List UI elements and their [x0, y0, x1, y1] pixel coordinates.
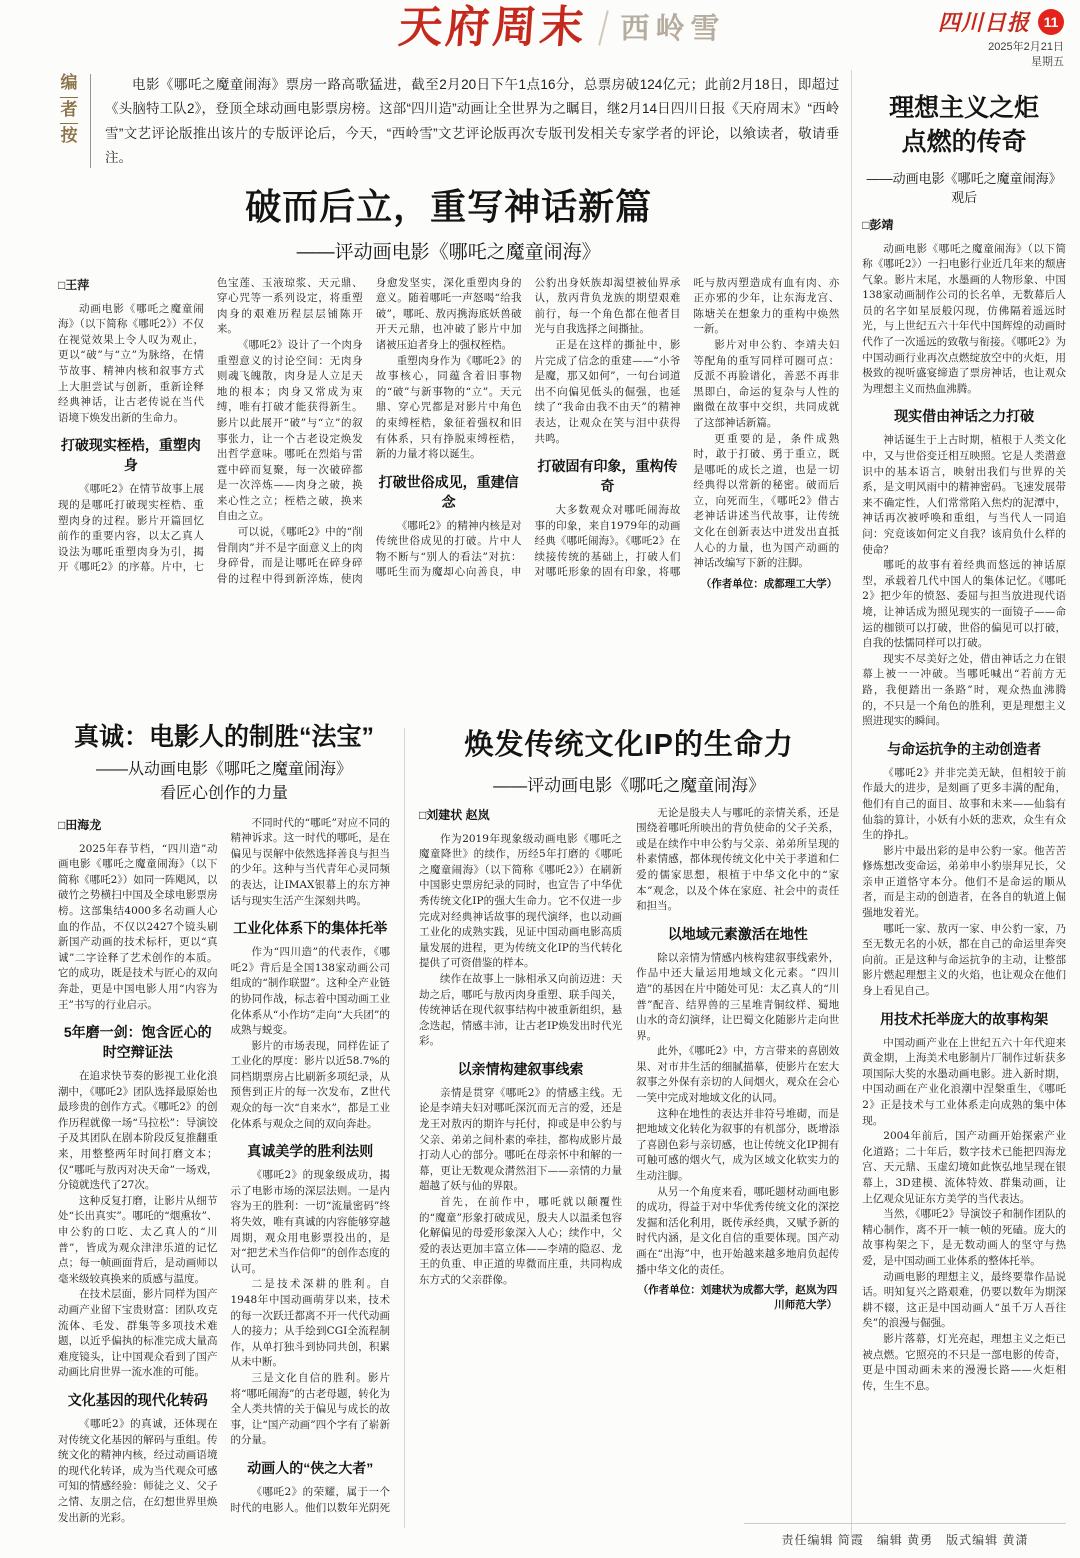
body-paragraph: 动画电影的理想主义，最终要靠作品说话。明知复兴之路艰难，仍要以数年为期深耕不辍，… — [862, 1270, 1066, 1332]
editor-credits: 责任编辑 简霞 编辑 黄勇 版式编辑 黄潇 — [781, 1533, 1028, 1547]
author-unit: （作者单位：刘建状为成都大学，赵岚为四川师范大学） — [636, 1282, 837, 1312]
body-paragraph: 无论是殷夫人与哪吒的亲情关系，还是围绕着哪吒所映出的背负使命的父子关系，或是在续… — [636, 806, 839, 915]
byline: □刘建状 赵岚 — [419, 806, 622, 823]
byline: □彭靖 — [862, 216, 1066, 233]
article-d-title: 焕发传统文化IP的生命力 — [419, 722, 839, 763]
body-paragraph: 二是技术深耕的胜利。自1948年中国动画萌芽以来，技术的每一次跃迁都离不开一代代… — [231, 1277, 391, 1371]
body-paragraph: 中国动画产业在上世纪五六十年代迎来黄金期，上海美术电影制片厂制作过斩获多项国际大… — [862, 1036, 1066, 1130]
body-paragraph: 除以亲情为情感内核构建叙事线索外，作品中还大量运用地域文化元素。“四川造”的基因… — [636, 951, 839, 1045]
body-paragraph: 2004年前后，国产动画开始探索产业化道路；二十年后，数字技术已能把四海龙宫、天… — [862, 1129, 1066, 1207]
editor-note: 编 者 按 电影《哪吒之魔童闹海》票房一路高歌猛进，截至2月20日下午1点16分… — [58, 72, 839, 170]
weekday-text: 星期五 — [938, 55, 1064, 70]
body-paragraph: 动画电影《哪吒之魔童闹海》（以下简称《哪吒2》）一扫电影行业近几年来的颓唐气象。… — [862, 242, 1066, 398]
body-paragraph: 这种反复打磨，让影片从细节处“长出真实”。哪吒的“烟熏妆”、申公豹的口吃、太乙真… — [58, 1194, 218, 1288]
label-char: 编 — [61, 74, 78, 94]
paper-info: 四川日报 11 2025年2月21日 星期五 — [938, 6, 1064, 70]
article-d-subtitle: ——评动画电影《哪吒之魔童闹海》 — [419, 771, 839, 796]
section-subhead: 以地域元素激活在地性 — [636, 924, 839, 944]
author-unit: （作者单位：成都理工大学） — [693, 576, 837, 591]
bottom-row: 真诚：电影人的制胜“法宝” ——从动画电影《哪吒之魔童闹海》 看匠心创作的力量 … — [58, 720, 839, 1532]
body-paragraph: 这种在地性的表达并非符号堆砌，而是把地域文化转化为叙事的有机部分，既增添了喜剧色… — [636, 1107, 839, 1185]
date-text: 2025年2月21日 — [938, 40, 1064, 55]
editor-note-rule — [90, 74, 91, 168]
masthead: 天府周末 西岭雪 — [398, 6, 725, 50]
body-paragraph: 现实不尽美好之处，借由神话之力在银幕上被一一冲破。当哪吒喊出“若前方无路，我便踏… — [862, 652, 1066, 730]
body-paragraph: 影片落幕，灯光亮起，理想主义之炬已被点燃。它照亮的不只是一部电影的传奇，更是中国… — [862, 1332, 1066, 1394]
section-subhead: 以亲情构建叙事线索 — [419, 1059, 622, 1079]
page-number-badge: 11 — [1038, 9, 1064, 35]
left-region: 编 者 按 电影《哪吒之魔童闹海》票房一路高歌猛进，截至2月20日下午1点16分… — [58, 66, 839, 1546]
body-paragraph: 影片对申公豹、李靖夫妇等配角的重写同样可圈可点：反派不再脸谱化，善恶不再非黑即白… — [693, 338, 839, 432]
body-paragraph: 续作在故事上一脉相承又向前迈进：天劫之后，哪吒与敖丙肉身重塑、联手闯关，传统神话… — [419, 972, 622, 1050]
section-subhead: 5年磨一剑：饱含匠心的时空辩证法 — [58, 1022, 218, 1062]
body-paragraph: 《哪吒2》的真诚，还体现在对传统文化基因的解码与重组。传统文化的精神内核，经过动… — [58, 1417, 218, 1526]
body-paragraph: 在追求快节奏的影视工业化浪潮中，《哪吒2》团队选择最原始也最珍贵的创作方式。《哪… — [58, 1069, 218, 1194]
byline: □田海龙 — [58, 816, 218, 833]
body-paragraph: 动画电影《哪吒之魔童闹海》（以下简称《哪吒2》）不仅在视觉效果上令人叹为观止，更… — [58, 302, 204, 427]
article-c-headline: 真诚：电影人的制胜“法宝” ——从动画电影《哪吒之魔童闹海》 看匠心创作的力量 — [58, 722, 390, 806]
body-paragraph: 在技术层面，影片同样为国产动画产业留下宝贵财富：团队攻克流体、毛发、群集等多项技… — [58, 1287, 218, 1381]
page-footer: 责任编辑 简霞 编辑 黄勇 版式编辑 黄潇 — [744, 1523, 1066, 1548]
article-ip-vitality: 焕发传统文化IP的生命力 ——评动画电影《哪吒之魔童闹海》 □刘建状 赵岚作为2… — [419, 720, 839, 1532]
title-line: 理想主义之炬 — [862, 92, 1066, 126]
section-subhead: 工业化体系下的集体托举 — [231, 918, 391, 938]
body-paragraph: 从另一个角度来看，哪吒题材动画电影的成功，得益于对中华优秀传统文化的深挖发掘和活… — [636, 1185, 839, 1279]
article-b-body: □彭靖动画电影《哪吒之魔童闹海》（以下简称《哪吒2》）一扫电影行业近几年来的颓唐… — [862, 216, 1066, 1546]
body-paragraph: 《哪吒2》的现象级成功，揭示了电影市场的深层法则。一是内容为王的胜利：一切“流量… — [231, 1168, 391, 1277]
page-header: 天府周末 西岭雪 四川日报 11 2025年2月21日 星期五 — [58, 0, 1066, 66]
issue-date: 2025年2月21日 星期五 — [938, 40, 1064, 70]
article-main-review: 破而后立，重写神话新篇 ——评动画电影《哪吒之魔童闹海》 □王萍动画电影《哪吒之… — [58, 186, 839, 699]
body-paragraph: 更重要的是，条件成熟时，敢于打破、勇于重立，既是哪吒的成长之道，也是一切经典得以… — [693, 432, 839, 572]
body-paragraph: 正是在这样的撕扯中，影片完成了信念的重建——“小爷是魔，那又如何”，一句台词道出… — [535, 338, 681, 447]
article-a-subtitle: ——评动画电影《哪吒之魔童闹海》 — [58, 237, 839, 264]
body-paragraph: 《哪吒2》设计了一个肉身重塑意义的讨论空间：无肉身则魂飞魄散，肉身是人立足天地的… — [217, 338, 363, 525]
main-vertical-rule — [851, 70, 852, 1536]
section-subhead: 打破现实桎梏，重塑肉身 — [58, 435, 204, 475]
newspaper-page: 天府周末 西岭雪 四川日报 11 2025年2月21日 星期五 编 者 按 — [0, 0, 1080, 1558]
article-a-title: 破而后立，重写神话新篇 — [58, 186, 839, 227]
body-paragraph: 当然，《哪吒2》导演饺子和制作团队的精心制作，离不开一帧一帧的死磕。庞大的故事构… — [862, 1207, 1066, 1269]
column-divider — [404, 728, 405, 1528]
article-c-title: 真诚：电影人的制胜“法宝” — [58, 722, 390, 752]
body-paragraph: 亲情是贯穿《哪吒2》的情感主线。无论是李靖夫妇对哪吒深沉而无言的爱，还是龙王对敖… — [419, 1086, 622, 1195]
section-subhead: 真诚美学的胜利法则 — [231, 1141, 391, 1161]
body-paragraph: 三是文化自信的胜利。影片将“哪吒闹海”的古老母题，转化为全人类共情的关于偏见与成… — [231, 1371, 391, 1449]
body-paragraph: 此外，《哪吒2》中，方言带来的喜剧效果、对市井生活的细腻描摹，使影片在宏大叙事之… — [636, 1044, 839, 1106]
editor-note-label: 编 者 按 — [58, 72, 80, 170]
right-region: 理想主义之炬 点燃的传奇 ——动画电影《哪吒之魔童闹海》观后 □彭靖动画电影《哪… — [862, 66, 1066, 1546]
body-paragraph: 哪吒一家、敖丙一家、申公豹一家，乃至无数无名的小妖，都在自己的命运里奔突向前。正… — [862, 922, 1066, 1000]
label-char: 者 — [61, 101, 78, 121]
body-paragraph: 神话诞生于上古时期，植根于人类文化中，又与世俗变迁相互映照。它是人类潜意识中的基… — [862, 433, 1066, 558]
article-d-body: □刘建状 赵岚作为2019年现象级动画电影《哪吒之魔童降世》的续作，历经5年打磨… — [419, 806, 839, 1530]
title-line: 点燃的传奇 — [862, 126, 1066, 160]
article-a-headline: 破而后立，重写神话新篇 ——评动画电影《哪吒之魔童闹海》 — [58, 186, 839, 263]
section-subhead: 动画人的“侠之大者” — [231, 1458, 391, 1478]
body-paragraph: 重塑肉身作为《哪吒2》的故事核心，同蕴含着旧事物的“破”与新事物的“立”。天元鼎… — [376, 354, 522, 463]
article-b-headline: 理想主义之炬 点燃的传奇 ——动画电影《哪吒之魔童闹海》观后 — [862, 92, 1066, 206]
editor-note-text: 电影《哪吒之魔童闹海》票房一路高歌猛进，截至2月20日下午1点16分，总票房破1… — [105, 72, 839, 170]
body-paragraph: 作为“四川造”的代表作，《哪吒2》背后是全国138家动画公司组成的“制作联盟”。… — [231, 945, 391, 1039]
body-paragraph: 影片的市场表现，同样佐证了工业化的厚度：影片以近58.7%的同档期票房占比刷新多… — [231, 1039, 391, 1133]
section-subhead: 用技术托举庞大的故事构架 — [862, 1009, 1066, 1029]
article-idealism: 理想主义之炬 点燃的传奇 ——动画电影《哪吒之魔童闹海》观后 □彭靖动画电影《哪… — [862, 92, 1066, 1546]
subtitle-line: 看匠心创作的力量 — [58, 782, 390, 806]
body-paragraph: 首先，在前作中，哪吒就以颠覆性的“魔童”形象打破成见，殷夫人以温柔包容化解偏见的… — [419, 1195, 622, 1289]
section-subhead: 与命运抗争的主动创造者 — [862, 739, 1066, 759]
body-paragraph: 作为2019年现象级动画电影《哪吒之魔童降世》的续作，历经5年打磨的《哪吒之魔童… — [419, 832, 622, 972]
body-paragraph: 《哪吒2》并非完美无缺，但相较于前作最大的进步，是刻画了更多丰满的配角，他们有自… — [862, 766, 1066, 844]
body-paragraph: 影片中最出彩的是申公豹一家。他苦苦修炼想改变命运，弟弟申小豹崇拜兄长，父亲申正道… — [862, 844, 1066, 922]
supplement-name: 西岭雪 — [620, 14, 725, 43]
byline: □王萍 — [58, 276, 204, 293]
section-subhead: 打破世俗成见，重建信念 — [376, 472, 522, 512]
section-subhead: 现实借由神话之力打破 — [862, 406, 1066, 426]
body-paragraph: 哪吒的故事有着经典而悠远的神话原型，承载着几代中国人的集体记忆。《哪吒2》把少年… — [862, 558, 1066, 652]
article-a-body: □王萍动画电影《哪吒之魔童闹海》（以下简称《哪吒2》）不仅在视觉效果上令人叹为观… — [58, 276, 839, 700]
article-d-headline: 焕发传统文化IP的生命力 ——评动画电影《哪吒之魔童闹海》 — [419, 722, 839, 796]
content-area: 编 者 按 电影《哪吒之魔童闹海》票房一路高歌猛进，截至2月20日下午1点16分… — [58, 66, 1066, 1546]
masthead-divider — [598, 10, 609, 45]
masthead-title: 天府周末 — [397, 6, 588, 50]
article-c-subtitle: ——从动画电影《哪吒之魔童闹海》 看匠心创作的力量 — [58, 758, 390, 806]
body-paragraph: 2025年春节档，“四川造”动画电影《哪吒之魔童闹海》（以下简称《哪吒2》）如同… — [58, 842, 218, 1014]
article-c-body: □田海龙2025年春节档，“四川造”动画电影《哪吒之魔童闹海》（以下简称《哪吒2… — [58, 816, 390, 1532]
body-paragraph: 不同时代的“哪吒”对应不同的精神诉求。这一时代的哪吒，是在偏见与误解中依然选择善… — [231, 816, 391, 910]
article-b-subtitle: ——动画电影《哪吒之魔童闹海》观后 — [862, 168, 1066, 206]
paper-name: 四川日报 — [938, 6, 1030, 37]
article-sincerity: 真诚：电影人的制胜“法宝” ——从动画电影《哪吒之魔童闹海》 看匠心创作的力量 … — [58, 720, 390, 1532]
subtitle-line: ——从动画电影《哪吒之魔童闹海》 — [58, 758, 390, 782]
article-b-title: 理想主义之炬 点燃的传奇 — [862, 92, 1066, 160]
label-char: 按 — [61, 127, 78, 147]
section-subhead: 文化基因的现代化转码 — [58, 1390, 218, 1410]
section-subhead: 打破固有印象，重构传奇 — [535, 456, 681, 496]
